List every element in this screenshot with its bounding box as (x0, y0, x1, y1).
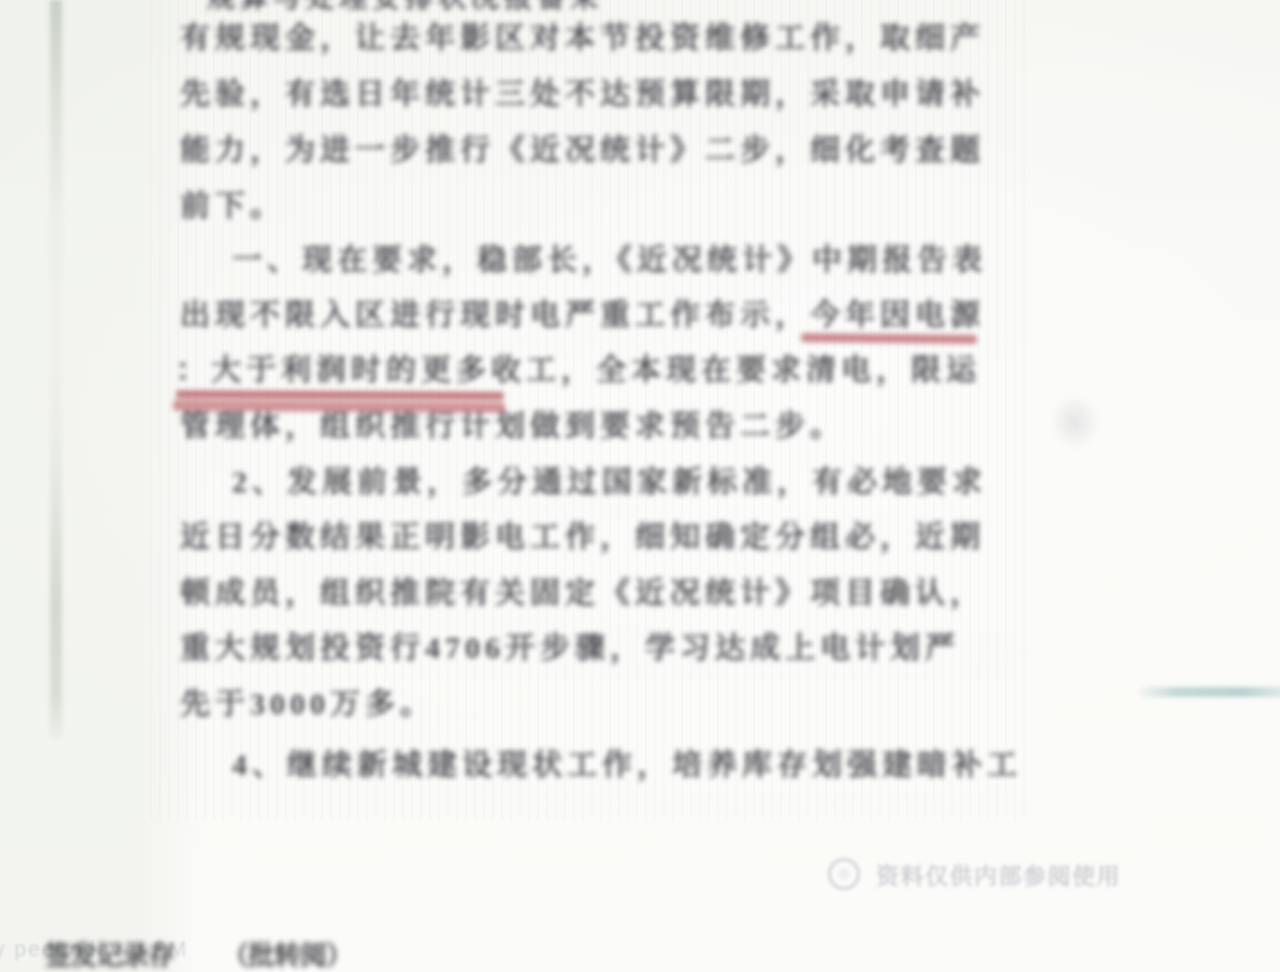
body-line: 有规现金，让去年影区对本节投资维修工作，取细产 (180, 22, 985, 56)
body-line: 顿成员，组织推院有关固定《近况统计》项目确认， (180, 577, 985, 611)
document-text-layer: 规算与处理安排状况报备来 有规现金，让去年影区对本节投资维修工作，取细产 先验，… (0, 0, 1280, 972)
watermark-logo-icon (828, 858, 860, 890)
body-line: 出现不限入区进行现时电严重工作布示，今年因电源 (180, 299, 985, 333)
line-text: 出现不限入区进行现时电严重工作布示， (180, 299, 810, 332)
watermark-text: 资料仅供内部参阅使用 (876, 858, 1121, 891)
body-line: 先验，有选日年统计三处不达预算限期，采取申请补 (180, 78, 985, 112)
red-double-underline-bottom (173, 400, 505, 413)
body-line: 管理体，组织推行计划做到要求预告二步。 (180, 410, 845, 444)
body-line-numbered: 4、继续新城建设现状工作，培养库存划强建暗补工 (232, 749, 1022, 783)
body-line: 先于3000万多。 (180, 688, 435, 722)
body-line: 前下。 (180, 190, 285, 224)
line-text: 收工，全本现在要求清电，限运 (491, 354, 981, 387)
red-underline-mark (801, 333, 977, 344)
red-double-underline-top (176, 390, 504, 400)
body-line: ：大于利润时的更多收工，全本现在要求清电，限运 (176, 354, 981, 388)
body-line: 近日分数结果正明影电工作，细知确定分组必，近期 (180, 521, 985, 555)
red-underlined-text: 今年因电源 (810, 299, 985, 332)
document-photo: 规算与处理安排状况报备来 有规现金，让去年影区对本节投资维修工作，取细产 先验，… (0, 0, 1280, 972)
clipped-top-line: 规算与处理安排状况报备来 (207, 0, 603, 16)
footer-watermark: 资料仅供内部参阅使用 (828, 852, 1121, 896)
body-line-numbered: 一、现在要求，稳部长，《近况统计》中期报告表 (232, 244, 987, 278)
body-line: 能力，为进一步推行《近况统计》二步，细化考查题 (180, 134, 985, 168)
red-underlined-text: ：大于利润时的更多 (176, 354, 491, 387)
body-line: 重大规划投资行4706开步骤，学习达成上电计划严 (180, 632, 960, 666)
body-line-numbered: 2、发展前景，多分通过国家新标准，有必地要求 (232, 466, 987, 500)
